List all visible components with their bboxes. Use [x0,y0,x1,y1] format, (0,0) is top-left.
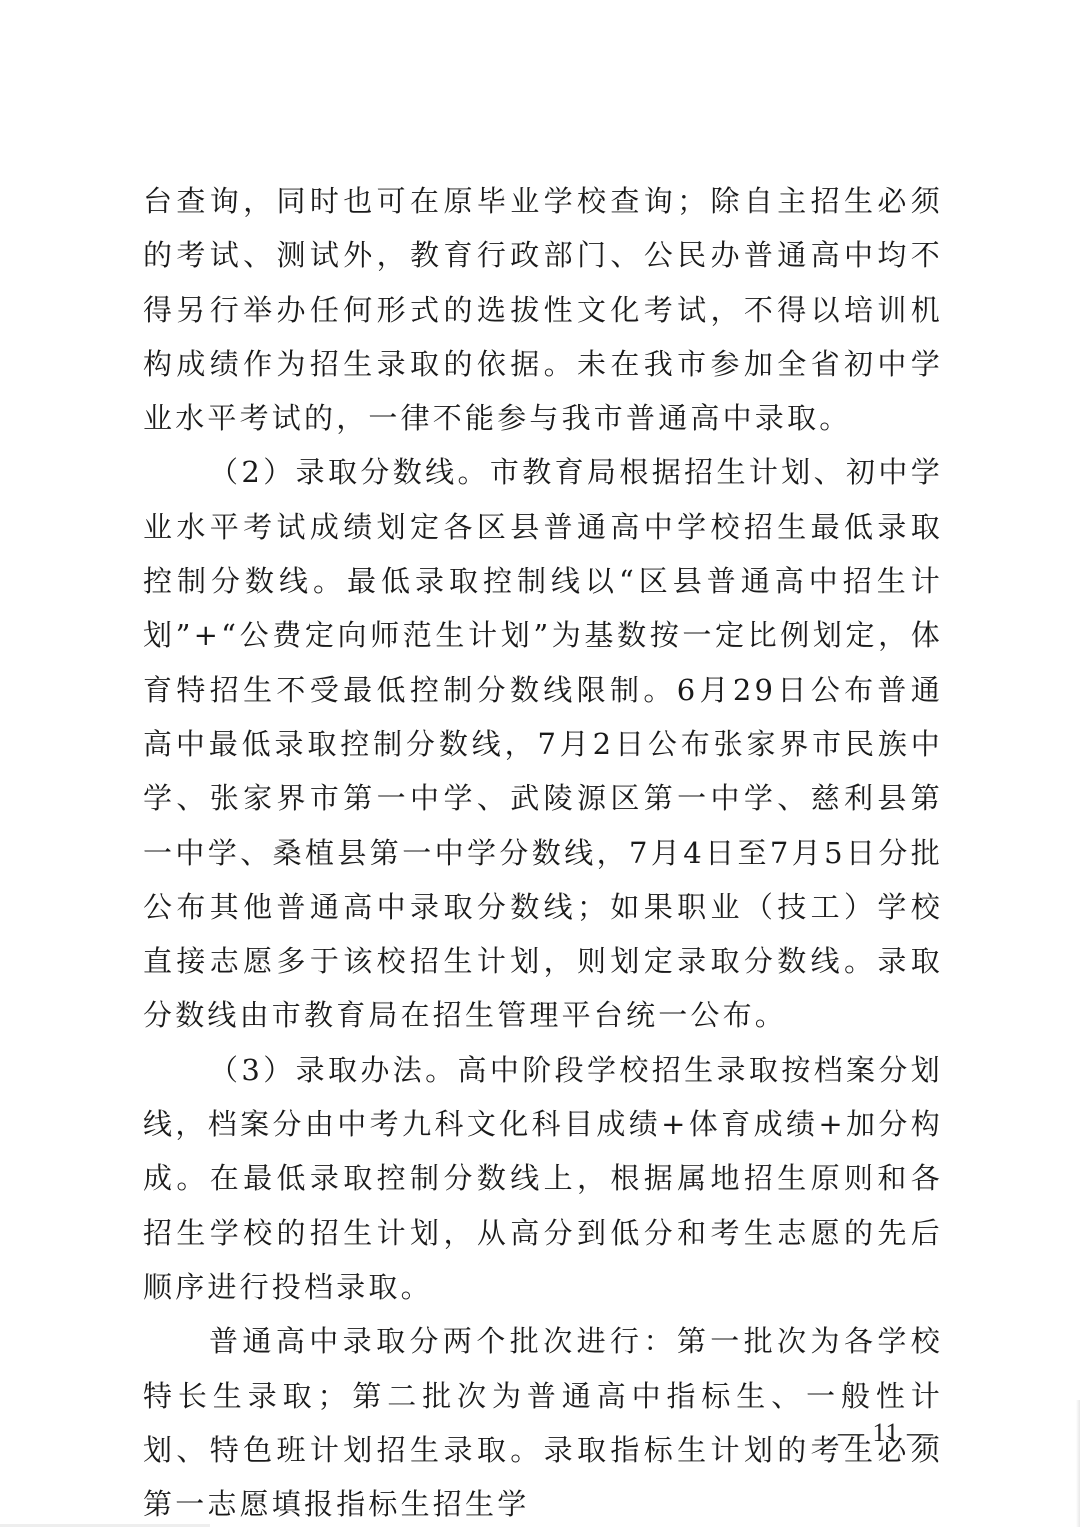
paragraph-admission-batches: 普通高中录取分两个批次进行：第一批次为各学校特长生录取；第二批次为普通高中指标生… [143,1314,943,1527]
document-body: 台查询，同时也可在原毕业学校查询；除自主招生必须的考试、测试外，教育行政部门、公… [143,174,943,1527]
page-number: — 11 — [838,1418,934,1448]
paragraph-continuation-query: 台查询，同时也可在原毕业学校查询；除自主招生必须的考试、测试外，教育行政部门、公… [143,174,943,445]
document-page: 台查询，同时也可在原毕业学校查询；除自主招生必须的考试、测试外，教育行政部门、公… [0,0,1080,1527]
scan-edge-artifact [1076,1400,1080,1527]
paragraph-admission-method: （3）录取办法。高中阶段学校招生录取按档案分划线，档案分由中考九科文化科目成绩+… [143,1043,943,1314]
paragraph-admission-cutoff: （2）录取分数线。市教育局根据招生计划、初中学业水平考试成绩划定各区县普通高中学… [143,445,943,1042]
